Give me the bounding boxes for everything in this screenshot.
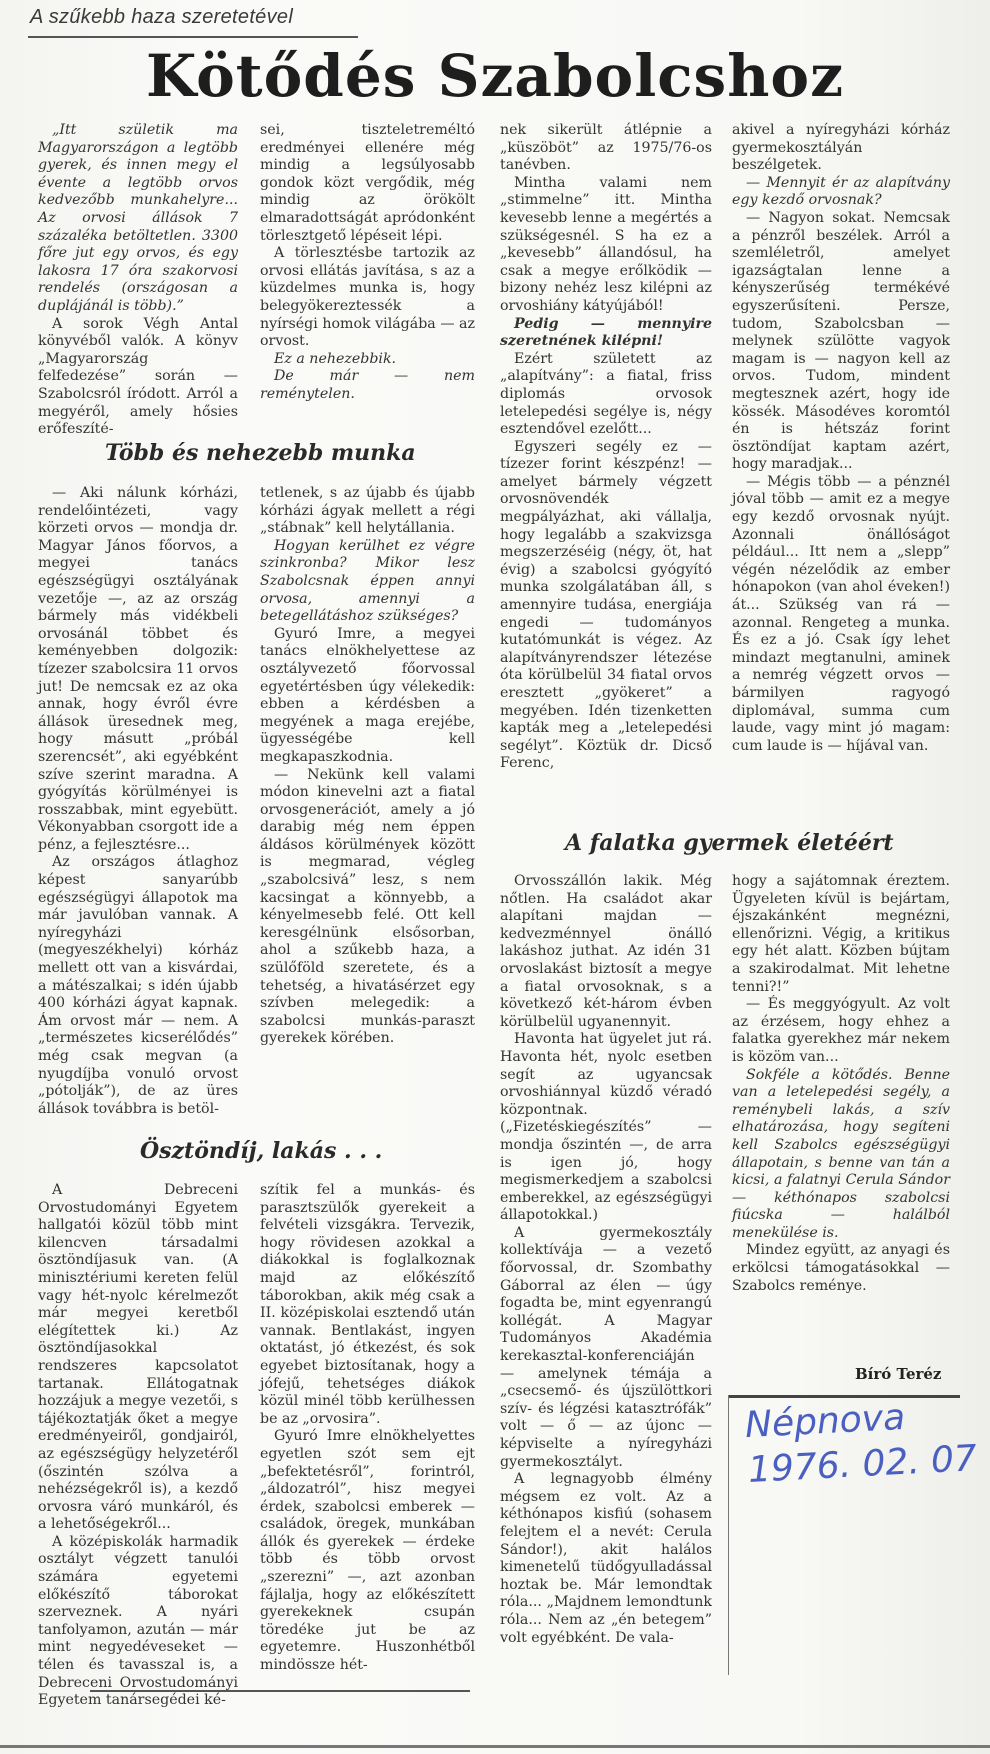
paragraph: A törlesztésbe tartozik az orvosi ellátá… xyxy=(260,245,475,351)
paragraph: hogy a sajátomnak éreztem. Ügyeleten kív… xyxy=(732,873,950,996)
section2-column-2: szítik fel a munkás- és parasztszülők gy… xyxy=(260,1182,475,1675)
paragraph: Egyszeri segély ez — tízezer forint kész… xyxy=(500,439,712,773)
paragraph: Gyuró Imre elnökhelyettes egyetlen szót … xyxy=(260,1428,475,1674)
paragraph: Pedig — mennyire szeretnének kilépni! xyxy=(500,316,712,351)
clipping-edge xyxy=(0,1745,990,1748)
section3-column-2: hogy a sajátomnak éreztem. Ügyeleten kív… xyxy=(732,873,950,1295)
paragraph: Gyuró Imre, a megyei tanács elnökhelyett… xyxy=(260,626,475,767)
author-signature: Bíró Teréz xyxy=(855,1365,941,1383)
handwritten-source: Népnova xyxy=(744,1398,906,1446)
section3-column-1: Orvosszállón lakik. Még nőtlen. Ha csalá… xyxy=(500,873,712,1647)
paragraph: szítik fel a munkás- és parasztszülők gy… xyxy=(260,1182,475,1428)
headline: Kötődés Szabolcshoz xyxy=(0,42,990,110)
paragraph: Ez a nehezebbik. xyxy=(260,351,475,369)
section2-column-1: A Debreceni Orvostudományi Egyetem hallg… xyxy=(38,1182,238,1710)
paragraph: A Debreceni Orvostudományi Egyetem hallg… xyxy=(38,1182,238,1534)
paragraph: — Nekünk kell valami módon kinevelni azt… xyxy=(260,767,475,1049)
paragraph: A gyermekosztály kollektívája — a vezető… xyxy=(500,1225,712,1471)
intro-quote: „Itt születik ma Magyarországon a legtöb… xyxy=(38,122,238,316)
paragraph: A sorok Végh Antal könyvéből valók. A kö… xyxy=(38,316,238,439)
kicker-rule xyxy=(28,36,358,38)
paragraph: — Mégis több — a pénznél jóval több — am… xyxy=(732,474,950,756)
paragraph: nek sikerült átlépnie a „küszöböt” az 19… xyxy=(500,122,712,175)
subhead-tobb-es-nehezebb-munka: Több és nehezebb munka xyxy=(105,440,416,466)
kicker: A szűkebb haza szeretetével xyxy=(30,6,293,29)
paragraph: De már — nem reménytelen. xyxy=(260,368,475,403)
intro-column-2: sei, tiszteletreméltó eredményei ellenér… xyxy=(260,122,475,404)
paragraph: A legnagyobb élmény mégsem ez volt. Az a… xyxy=(500,1471,712,1647)
annotation-box-rule xyxy=(728,1395,960,1398)
annotation-box-edge xyxy=(728,1395,729,1675)
intro-column-3: nek sikerült átlépnie a „küszöböt” az 19… xyxy=(500,122,712,773)
paragraph: sei, tiszteletreméltó eredményei ellenér… xyxy=(260,122,475,245)
intro-column-4: akivel a nyíregyházi kórház gyermekosztá… xyxy=(732,122,950,755)
paragraph: Hogyan kerülhet ez végre szinkronba? Mik… xyxy=(260,538,475,626)
newspaper-clipping: A szűkebb haza szeretetével Kötődés Szab… xyxy=(0,0,990,1754)
paragraph: Sokféle a kötődés. Benne van a leteleped… xyxy=(732,1067,950,1243)
paragraph: — Aki nálunk kórházi, rendelőintézeti, v… xyxy=(38,485,238,854)
interview-question: — Mennyit ér az alapítvány egy kezdő orv… xyxy=(732,175,950,210)
paragraph: akivel a nyíregyházi kórház gyermekosztá… xyxy=(732,122,950,175)
paragraph: tetlenek, s az újabb és újabb kórházi ág… xyxy=(260,485,475,538)
bottom-rule xyxy=(90,1690,470,1692)
paragraph: Az országos átlaghoz képest sanyarúbb eg… xyxy=(38,854,238,1118)
intro-column-1: „Itt születik ma Magyarországon a legtöb… xyxy=(38,122,238,439)
paragraph: Mindez együtt, az anyagi és erkölcsi tám… xyxy=(732,1242,950,1295)
section1-column-1: — Aki nálunk kórházi, rendelőintézeti, v… xyxy=(38,485,238,1118)
paragraph: Mintha valami nem „stimmelne” itt. Minth… xyxy=(500,175,712,316)
section1-column-2: tetlenek, s az újabb és újabb kórházi ág… xyxy=(260,485,475,1048)
paragraph: — És meggyógyult. Az volt az érzésem, ho… xyxy=(732,996,950,1066)
paragraph: A középiskolák harmadik osztályt végzett… xyxy=(38,1534,238,1710)
paragraph: Ezért született az „alapítvány”: a fiata… xyxy=(500,351,712,439)
subhead-osztondij-lakas: Ösztöndíj, lakás . . . xyxy=(140,1138,382,1164)
paragraph: Orvosszállón lakik. Még nőtlen. Ha csalá… xyxy=(500,873,712,1031)
handwritten-date: 1976. 02. 07 xyxy=(747,1439,978,1491)
paragraph: Havonta hat ügyelet jut rá. Havonta hét,… xyxy=(500,1031,712,1225)
subhead-a-falatka-gyermek-eleteert: A falatka gyermek életéért xyxy=(565,830,894,856)
paragraph: — Nagyon sokat. Nemcsak a pénzről beszél… xyxy=(732,210,950,474)
